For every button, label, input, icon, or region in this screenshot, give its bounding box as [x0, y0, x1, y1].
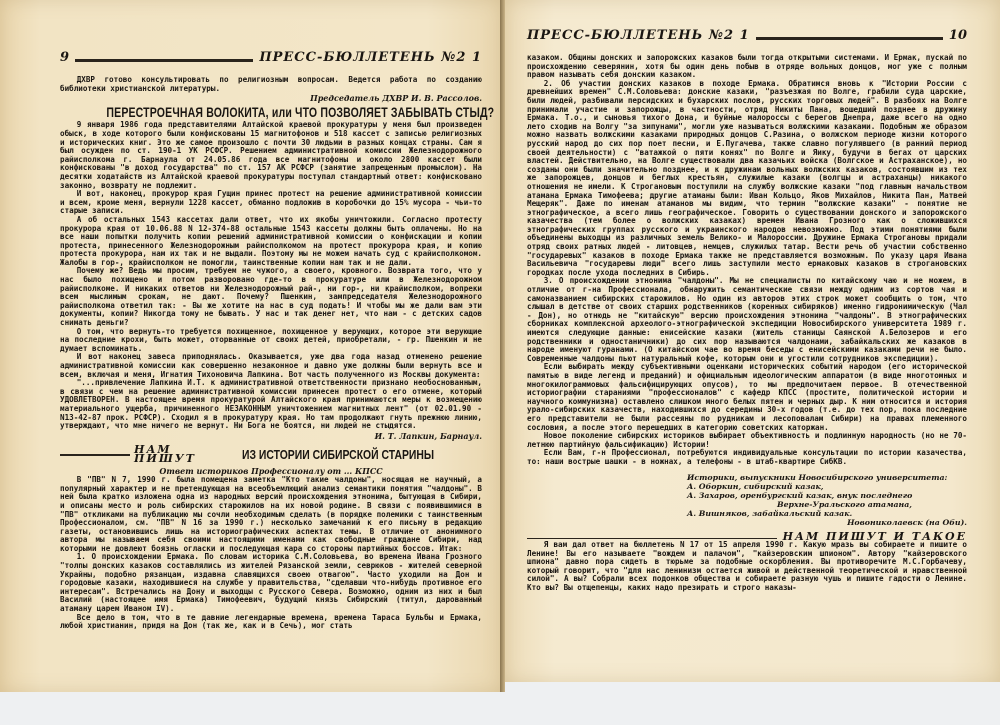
page-number: 10: [949, 28, 967, 43]
article-title: ПЕРЕСТРОЕЧНАЯ ВОЛОКИТА, или ЧТО ПОЗВОЛЯЕ…: [106, 109, 435, 118]
paragraph: А об остальных 1543 кассетах дали ответ,…: [60, 216, 482, 268]
section-rule: [60, 454, 130, 456]
authors-place: Новониколаевск (на Оби).: [687, 518, 967, 527]
left-page: 9 ПРЕСС-БЮЛЛЕТЕНЬ №2 1 ДХВР готово консу…: [0, 0, 502, 692]
paragraph: "...привлечение Лапкина И.Т. к администр…: [60, 379, 482, 431]
authors-block: Историки, выпускники Новосибирского унив…: [687, 473, 967, 527]
paragraph: 1. О происхождении Ермака. По словам ист…: [60, 553, 482, 613]
header-rule: [75, 59, 253, 62]
authors-intro: Историки, выпускники Новосибирского унив…: [687, 473, 967, 482]
header-title: ПРЕСС-БЮЛЛЕТЕНЬ №2 1: [259, 50, 482, 65]
author-line: А. Вишняков, забайкальский казак.: [687, 509, 967, 518]
paragraph: И вот, наконец, прокурор края Гущин прин…: [60, 190, 482, 216]
paragraph: Все дело в том, что в те давние легендар…: [60, 614, 482, 631]
author-line: Верхне-Уральского атамана,: [687, 500, 967, 509]
paragraph: 9 января 1986 года представителями Алтай…: [60, 121, 482, 190]
paragraph: 3. О происхождении этнонима "чалдоны". М…: [527, 277, 967, 363]
right-column: казаком. Общины донских и запорожских ка…: [527, 54, 967, 593]
header-title: ПРЕСС-БЮЛЛЕТЕНЬ №2 1: [527, 28, 750, 43]
paragraph: Почему же? Ведь мы просим, требуем не чу…: [60, 267, 482, 327]
paragraph: Если выбирать между субъективными оценка…: [527, 363, 967, 432]
paragraph: В "ПВ" N 7, 1990 г. была помещена заметк…: [60, 476, 482, 553]
header-rule: [756, 37, 943, 40]
section-rule: [527, 538, 777, 540]
intro-signature: Председатель ДХВР И. В. Рассолов.: [60, 94, 482, 103]
left-column: ДХВР готово консультировать по религиозн…: [60, 76, 482, 631]
article-signature: И. Т. Лапкин, Барнаул.: [60, 432, 482, 441]
intro-text: ДХВР готово консультировать по религиозн…: [60, 76, 482, 93]
page-number: 9: [60, 50, 69, 65]
article-body: 9 января 1986 года представителями Алтай…: [60, 121, 482, 430]
paragraph: 2. Об участии донских казаков в походе Е…: [527, 80, 967, 278]
paragraph: Если Вам, г-н Профессионал, потребуются …: [527, 449, 967, 466]
article-title: ИЗ ИСТОРИИ СИБИРСКОЙ СТАРИНЫ: [242, 451, 434, 460]
page-header: 9 ПРЕСС-БЮЛЛЕТЕНЬ №2 1: [60, 50, 482, 65]
section-label: НАМ ПИШУТ: [134, 446, 216, 463]
letter-text: Я вам дал ответ на бюллетень N 17 от 15 …: [527, 541, 967, 593]
right-page: ПРЕСС-БЮЛЛЕТЕНЬ №2 1 10 казаком. Общины …: [505, 0, 1000, 682]
page-header: ПРЕСС-БЮЛЛЕТЕНЬ №2 1 10: [527, 28, 967, 43]
paragraph: О том, что вернуть-то требуется похищенн…: [60, 328, 482, 354]
article-subtitle: Ответ историков Профессионалу от ... КПС…: [60, 467, 482, 476]
section-header: НАМ ПИШУТ ИЗ ИСТОРИИ СИБИРСКОЙ СТАРИНЫ: [60, 446, 482, 463]
paragraph: казаком. Общины донских и запорожских ка…: [527, 54, 967, 80]
author-line: А. Захаров, оренбургский казак, внук пос…: [687, 491, 967, 500]
paragraph: И вот наконец завеса приподнялась. Оказы…: [60, 353, 482, 379]
paragraph: Новое поколение сибирских историков выби…: [527, 432, 967, 449]
author-line: А. Оборкин, сибирский казак,: [687, 482, 967, 491]
